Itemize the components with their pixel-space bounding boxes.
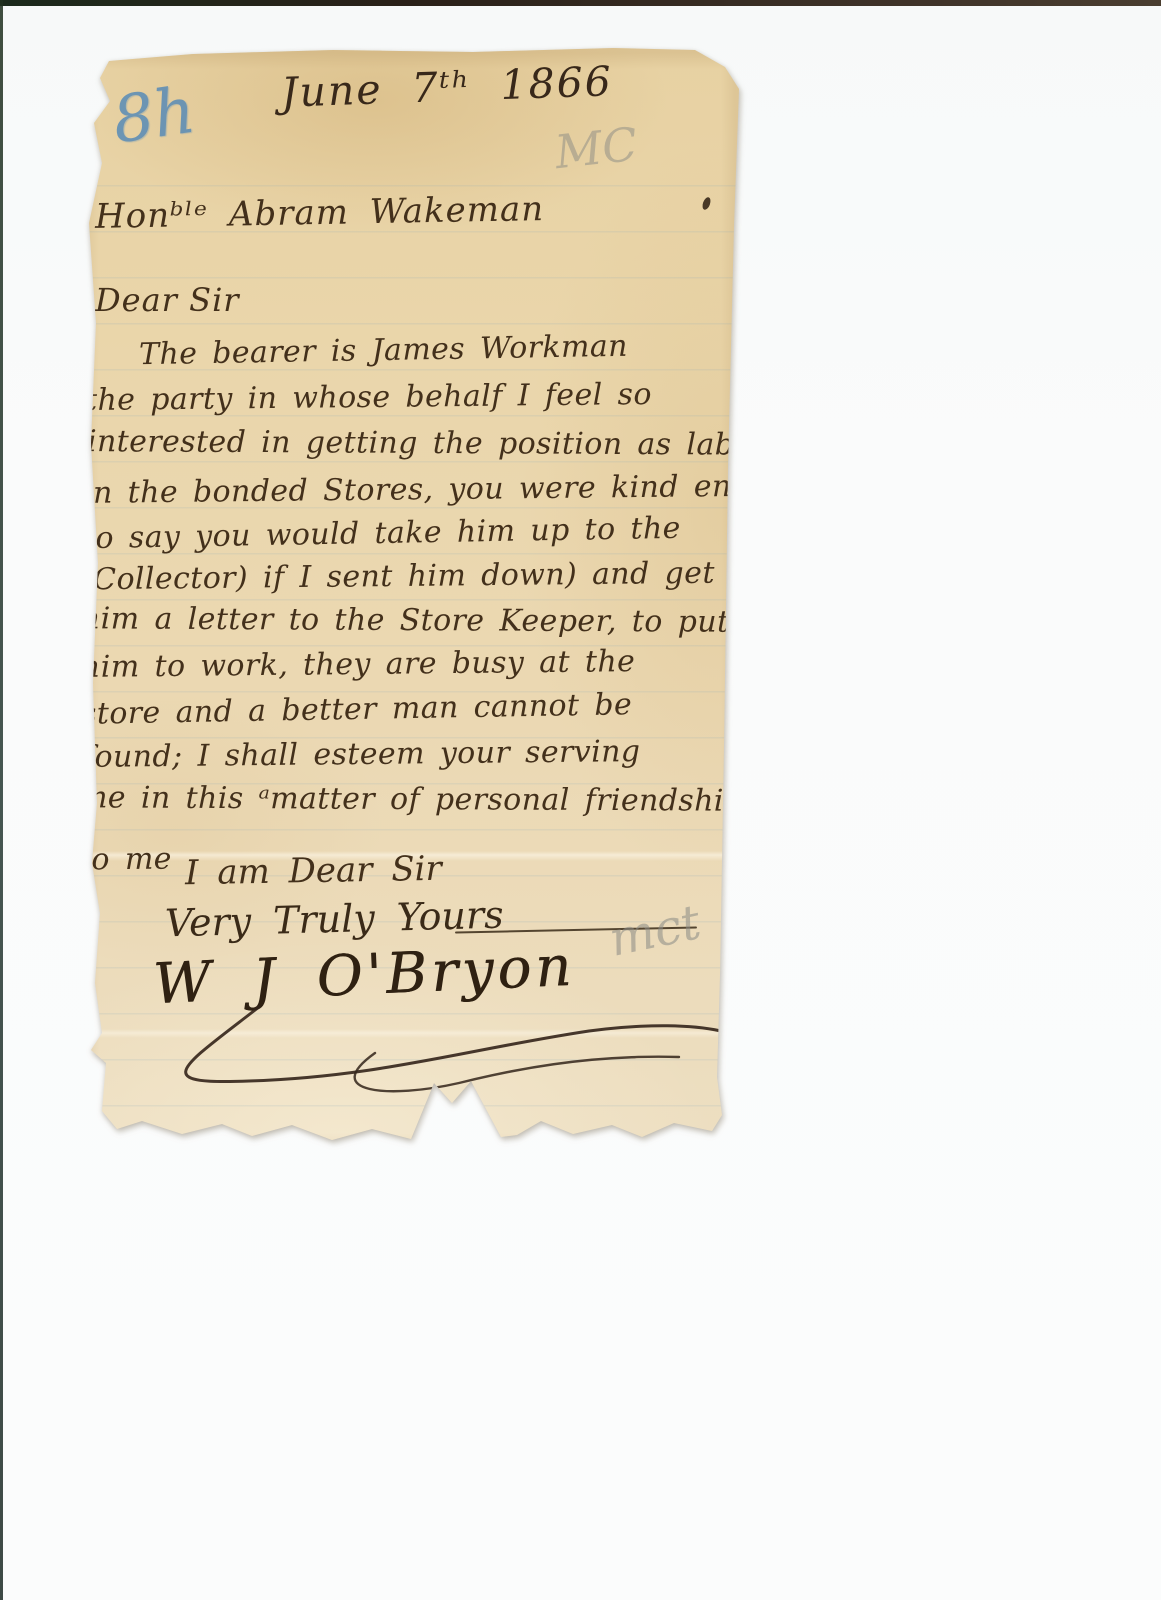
letter-line: me in this ᵃmatter of personal friendshi… bbox=[79, 780, 744, 818]
ink-blot bbox=[701, 196, 712, 211]
scanner-edge-left bbox=[0, 0, 3, 1600]
letter-line: The bearer is James Workman bbox=[139, 329, 628, 373]
valediction-line: Very Truly Yours bbox=[164, 893, 504, 946]
letter-paper: 8h MC June 7ᵗʰ 1866 Honᵇˡᵉ Abram Wakeman… bbox=[73, 45, 743, 1163]
signature: W J O'Bryon bbox=[152, 934, 577, 1017]
pencil-mark-upper: MC bbox=[552, 117, 639, 179]
salutation-line: Dear Sir bbox=[95, 281, 240, 319]
blue-crayon-mark: 8h bbox=[108, 74, 199, 159]
letter-paper-wrapper: 8h MC June 7ᵗʰ 1866 Honᵇˡᵉ Abram Wakeman… bbox=[73, 45, 743, 1163]
letter-line: interested in getting the position as la… bbox=[87, 424, 801, 463]
letter-line: to say you would take him up to the bbox=[83, 511, 681, 556]
scanner-background: { "scan": { "background_color": "#fafbfb… bbox=[0, 0, 1161, 1600]
recipient-line: Honᵇˡᵉ Abram Wakeman bbox=[95, 189, 545, 237]
letter-line: the party in whose behalf I feel so bbox=[85, 377, 652, 418]
closing-pre-line: I am Dear Sir bbox=[185, 849, 442, 893]
letter-line: him to work, they are busy at the bbox=[81, 644, 636, 685]
letter-line: him a letter to the Store Keeper, to put bbox=[81, 601, 730, 639]
date-line: June 7ᵗʰ 1866 bbox=[280, 57, 613, 117]
letter-line: (Collector) if I sent him down) and get bbox=[81, 556, 715, 598]
letter-line: found; I shall esteem your serving bbox=[83, 734, 641, 775]
scanner-edge-top bbox=[0, 0, 1161, 6]
letter-line: to me bbox=[79, 842, 172, 878]
pencil-mark-lower: mct bbox=[604, 894, 705, 968]
letter-line: store and a better man cannot be bbox=[81, 687, 633, 732]
letter-line: in the bonded Stores, you were kind enou… bbox=[83, 468, 810, 511]
